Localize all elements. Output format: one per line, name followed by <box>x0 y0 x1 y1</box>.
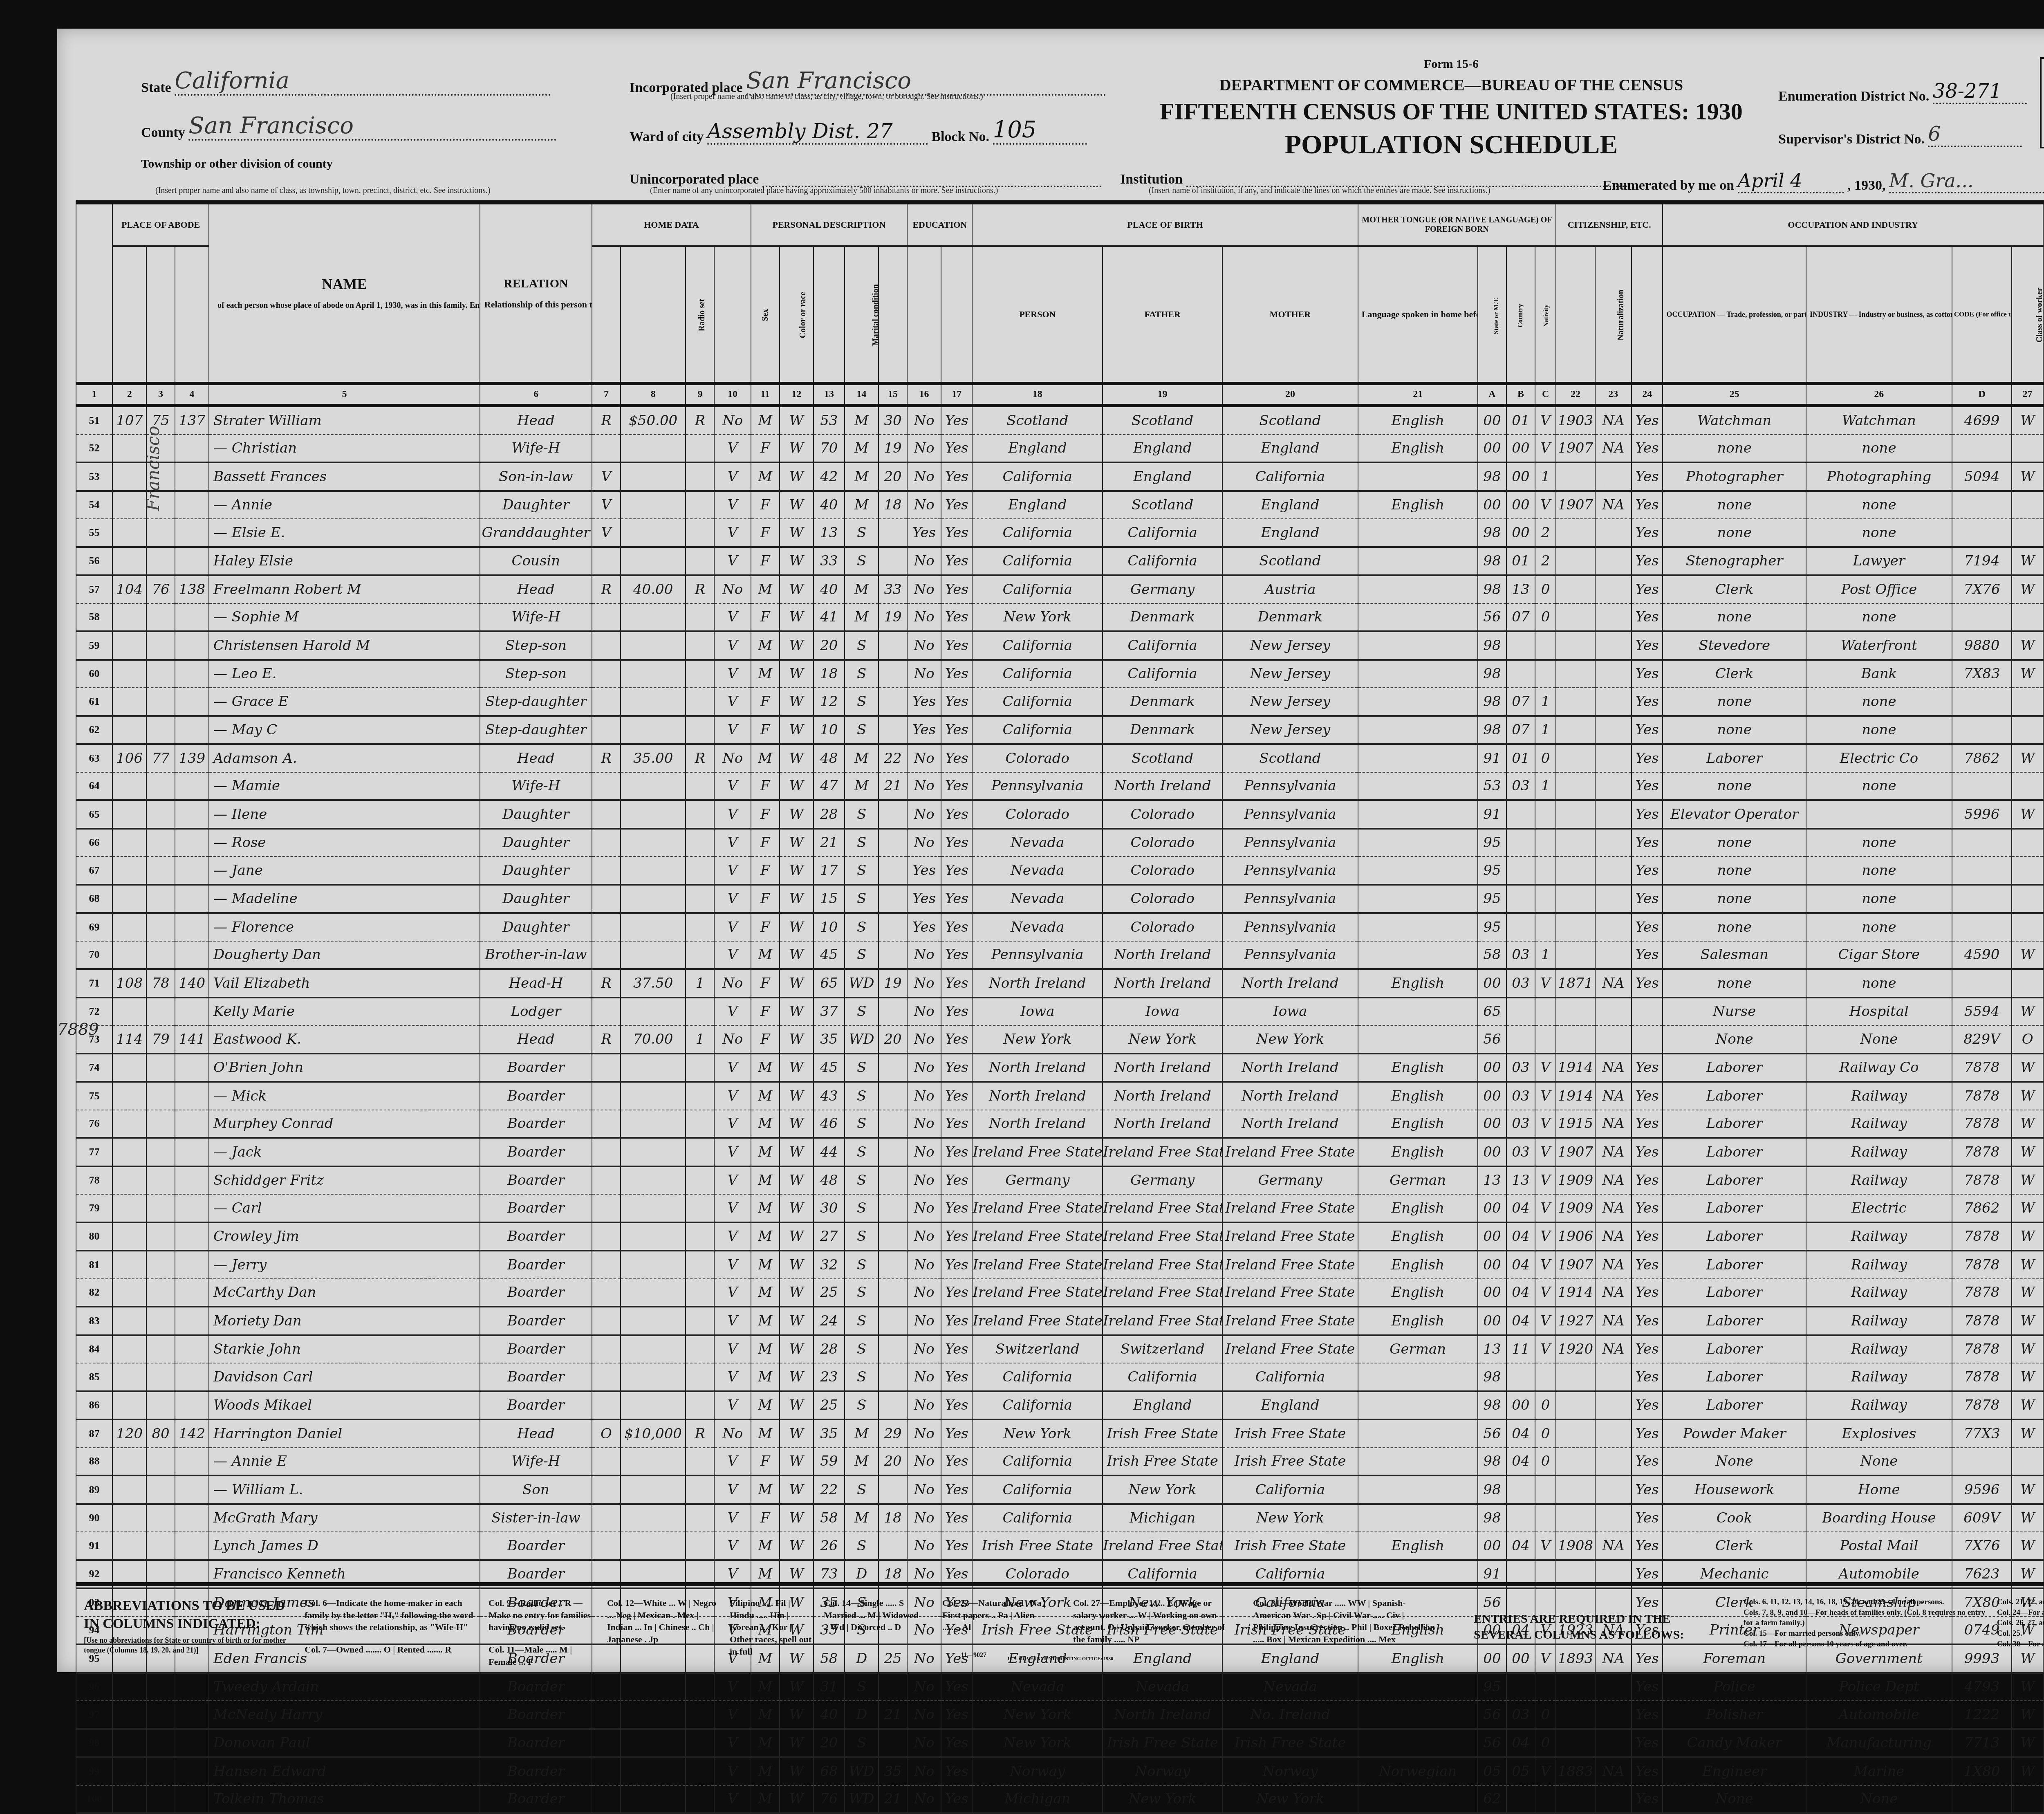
cell-age-marriage <box>879 1279 907 1307</box>
census-title: FIFTEENTH CENSUS OF THE UNITED STATES: 1… <box>1104 98 1799 125</box>
cell-code-a: 00 <box>1478 1194 1506 1222</box>
cell-industry: Railway <box>1806 1222 1952 1251</box>
cell-relation: Boarder <box>480 1307 592 1335</box>
cell-dwelling <box>146 631 175 660</box>
cell-house <box>112 519 146 547</box>
cell-race: W <box>780 1363 814 1391</box>
cell-class: W <box>2012 1335 2043 1363</box>
cell-family <box>175 1251 209 1279</box>
cell-occupation: Laborer <box>1663 744 1806 772</box>
cell-radio <box>686 941 714 969</box>
cell-industry: Hospital <box>1806 998 1952 1026</box>
cell-code-d <box>1952 829 2012 857</box>
cell-code-a: 13 <box>1478 1335 1506 1363</box>
cell-naturalization <box>1595 462 1632 491</box>
cell-name: Kelly Marie <box>209 998 480 1026</box>
cell-name: — Elsie E. <box>209 519 480 547</box>
cell-house <box>112 1363 146 1391</box>
cell-occupation: Laborer <box>1663 1082 1806 1110</box>
group-occupation-industry: OCCUPATION AND INDUSTRY <box>1663 204 2043 246</box>
cell-race: W <box>780 1419 814 1448</box>
cell-marital: M <box>845 603 879 632</box>
cell-industry: Railway <box>1806 1307 1952 1335</box>
cell-value <box>621 829 686 857</box>
cell-birth-mother: New Jersey <box>1222 631 1358 660</box>
cell-code-d: 5094 <box>1952 462 2012 491</box>
cell-family <box>175 800 209 829</box>
cell-name: Woods Mikael <box>209 1391 480 1420</box>
cell-radio <box>686 1251 714 1279</box>
cell-house <box>112 491 146 519</box>
cell-owned <box>592 1335 621 1363</box>
cell-occupation: Laborer <box>1663 1279 1806 1307</box>
cell-farm: V <box>714 660 751 688</box>
cell-school: Yes <box>907 519 941 547</box>
cell-code-b: 11 <box>1506 1335 1535 1363</box>
column-number: 4 <box>175 383 209 406</box>
cell-marital: S <box>845 1532 879 1560</box>
cell-school: No <box>907 435 941 463</box>
cell-farm: V <box>714 491 751 519</box>
cell-code-a: 56 <box>1478 1025 1506 1054</box>
cell-relation: Boarder <box>480 1054 592 1082</box>
cell-sex: F <box>751 998 780 1026</box>
cell-family <box>175 435 209 463</box>
cell-value <box>621 688 686 716</box>
cell-house: 108 <box>112 969 146 998</box>
cell-dwelling <box>146 1475 175 1504</box>
cell-name: — Mick <box>209 1082 480 1110</box>
cell-relation: Boarder <box>480 1391 592 1420</box>
cell-marital: S <box>845 1475 879 1504</box>
cell-value <box>621 1335 686 1363</box>
cell-occupation: Stenographer <box>1663 547 1806 576</box>
cell-dwelling: 75 <box>146 406 175 435</box>
cell-age: 45 <box>814 1054 845 1082</box>
cell-birth-mother: England <box>1222 519 1358 547</box>
cell-code-b: 04 <box>1506 1307 1535 1335</box>
cell-name: Murphey Conrad <box>209 1110 480 1138</box>
cell-class: W <box>2012 1110 2043 1138</box>
cell-code-d: 5996 <box>1952 800 2012 829</box>
cell-language <box>1358 913 1478 941</box>
cell-age-marriage <box>879 1475 907 1504</box>
cell-industry: none <box>1806 885 1952 913</box>
incorporated-field: Incorporated place San Francisco <box>630 67 1106 96</box>
cell-code-a: 98 <box>1478 631 1506 660</box>
cell-birth-father: North Ireland <box>1103 941 1222 969</box>
cell-family <box>175 1701 209 1706</box>
cell-code-d <box>1952 885 2012 913</box>
cell-code-c: 0 <box>1535 1448 1556 1476</box>
cell-age-marriage <box>879 829 907 857</box>
cell-english: Yes <box>1632 969 1663 998</box>
cell-marital: S <box>845 913 879 941</box>
cell-owned <box>592 603 621 632</box>
cell-age: 27 <box>814 1222 845 1251</box>
cell-code-c <box>1535 829 1556 857</box>
cell-read: Yes <box>941 1110 972 1138</box>
cell-naturalization: NA <box>1595 1194 1632 1222</box>
cell-age: 25 <box>814 1279 845 1307</box>
cell-farm: No <box>714 1025 751 1054</box>
cell-house <box>112 1475 146 1504</box>
cell-age: 37 <box>814 998 845 1026</box>
cell-value: 37.50 <box>621 969 686 998</box>
cell-owned <box>592 1138 621 1166</box>
table-row: 5710476138Freelmann Robert MHeadR40.00RN… <box>76 575 2044 603</box>
cell-industry: Railway <box>1806 1279 1952 1307</box>
abbreviations-footer: ABBREVIATIONS TO BE USED IN COLUMNS INDI… <box>76 1582 2044 1668</box>
cell-school: No <box>907 998 941 1026</box>
cell-school: No <box>907 1054 941 1082</box>
cell-naturalization: NA <box>1595 1222 1632 1251</box>
cell-sex: M <box>751 1419 780 1448</box>
cell-birth-father: Ireland Free State <box>1103 1251 1222 1279</box>
cell-sex: M <box>751 1335 780 1363</box>
cell-birth-father: Denmark <box>1103 688 1222 716</box>
col-4-family-number: Number of family in order of visitation <box>175 246 209 383</box>
cell-age: 26 <box>814 1532 845 1560</box>
cell-industry: None <box>1806 1025 1952 1054</box>
cell-age-marriage <box>879 1391 907 1420</box>
cell-school: No <box>907 1222 941 1251</box>
cell-sex: M <box>751 660 780 688</box>
cell-sex: M <box>751 1363 780 1391</box>
cell-line: 64 <box>76 772 112 800</box>
cell-owned: R <box>592 406 621 435</box>
cell-age: 59 <box>814 1448 845 1476</box>
cell-sex: F <box>751 969 780 998</box>
cell-class: W <box>2012 406 2043 435</box>
cell-age-marriage: 20 <box>879 1448 907 1476</box>
cell-farm: V <box>714 1222 751 1251</box>
table-row: 67— JaneDaughterVFW17SYesYesNevadaColora… <box>76 857 2044 885</box>
cell-marital: S <box>845 800 879 829</box>
cell-code-c: 1 <box>1535 772 1556 800</box>
cell-english: Yes <box>1632 913 1663 941</box>
cell-birth-father: Michigan <box>1103 1504 1222 1532</box>
cell-sex: F <box>751 772 780 800</box>
cell-code-d: 7194 <box>1952 547 2012 576</box>
cell-owned <box>592 829 621 857</box>
cell-immigration: 1906 <box>1556 1222 1595 1251</box>
cell-immigration <box>1556 1363 1595 1391</box>
cell-immigration <box>1556 998 1595 1026</box>
cell-name: — Rose <box>209 829 480 857</box>
cell-relation: Head-H <box>480 969 592 998</box>
cell-code-d: 4793 <box>1952 1673 2012 1701</box>
table-row: 52— ChristianWife-HVFW70M19NoYesEnglandE… <box>76 435 2044 463</box>
cell-radio <box>686 913 714 941</box>
cell-code-a: 00 <box>1478 969 1506 998</box>
cell-immigration <box>1556 716 1595 744</box>
cell-birth-father: Colorado <box>1103 829 1222 857</box>
cell-naturalization <box>1595 1701 1632 1706</box>
cell-race: W <box>780 1138 814 1166</box>
cell-family <box>175 1054 209 1082</box>
cell-language <box>1358 688 1478 716</box>
cell-relation: Brother-in-law <box>480 941 592 969</box>
cell-birth-person: Pennsylvania <box>972 941 1103 969</box>
cell-name: — Annie <box>209 491 480 519</box>
cell-code-d <box>1952 857 2012 885</box>
cell-line: 72 <box>76 998 112 1026</box>
cell-school: No <box>907 660 941 688</box>
cell-code-b <box>1506 998 1535 1026</box>
cell-class: W <box>2012 462 2043 491</box>
table-row: 96Tweedy ArdainBoarderVMW31SNoYesNevadaN… <box>76 1673 2044 1701</box>
cell-english: Yes <box>1632 1532 1663 1560</box>
cell-family <box>175 1504 209 1532</box>
column-number: 7 <box>592 383 621 406</box>
cell-family <box>175 998 209 1026</box>
cell-age: 17 <box>814 857 845 885</box>
cell-immigration <box>1556 857 1595 885</box>
cell-language: English <box>1358 1110 1478 1138</box>
cell-age: 46 <box>814 1110 845 1138</box>
cell-name: Bassett Frances <box>209 462 480 491</box>
cell-class <box>2012 885 2043 913</box>
table-row: 58— Sophie MWife-HVFW41M19NoYesNew YorkD… <box>76 603 2044 632</box>
cell-immigration <box>1556 913 1595 941</box>
cell-owned <box>592 1222 621 1251</box>
cell-birth-father: Ireland Free State <box>1103 1194 1222 1222</box>
cell-occupation: none <box>1663 716 1806 744</box>
cell-value <box>621 800 686 829</box>
cell-industry: Railway Co <box>1806 1054 1952 1082</box>
cell-read: Yes <box>941 1335 972 1363</box>
cell-code-c: V <box>1535 1279 1556 1307</box>
cell-farm: V <box>714 913 751 941</box>
cell-naturalization <box>1595 1025 1632 1054</box>
cell-read: Yes <box>941 1251 972 1279</box>
cell-code-b <box>1506 800 1535 829</box>
col-c-nativity-code: Nativity <box>1535 246 1556 383</box>
column-number: 24 <box>1632 383 1663 406</box>
cell-occupation: none <box>1663 519 1806 547</box>
cell-immigration: 1909 <box>1556 1194 1595 1222</box>
cell-radio <box>686 1673 714 1701</box>
cell-sex: M <box>751 1222 780 1251</box>
cell-english: Yes <box>1632 1335 1663 1363</box>
cell-line: 96 <box>76 1673 112 1701</box>
cell-age: 33 <box>814 547 845 576</box>
cell-owned <box>592 660 621 688</box>
cell-class: W <box>2012 660 2043 688</box>
cell-line: 81 <box>76 1251 112 1279</box>
col-2-house-number: House number (in cities or towns) <box>112 246 146 383</box>
cell-name: O'Brien John <box>209 1054 480 1082</box>
cell-english: Yes <box>1632 575 1663 603</box>
cell-birth-father: California <box>1103 547 1222 576</box>
cell-age: 21 <box>814 829 845 857</box>
cell-dwelling <box>146 1110 175 1138</box>
cell-age: 30 <box>814 1194 845 1222</box>
cell-sex: M <box>751 1166 780 1195</box>
cell-age: 32 <box>814 1251 845 1279</box>
cell-house <box>112 941 146 969</box>
cell-sex: F <box>751 547 780 576</box>
cell-naturalization <box>1595 716 1632 744</box>
cell-class: W <box>2012 998 2043 1026</box>
cell-code-d: 9596 <box>1952 1475 2012 1504</box>
cell-relation: Boarder <box>480 1138 592 1166</box>
cell-code-a: 98 <box>1478 1363 1506 1391</box>
cell-line: 84 <box>76 1335 112 1363</box>
cell-read: Yes <box>941 1279 972 1307</box>
cell-code-d: 7878 <box>1952 1054 2012 1082</box>
department-title: DEPARTMENT OF COMMERCE—BUREAU OF THE CEN… <box>1104 75 1799 94</box>
cell-house <box>112 998 146 1026</box>
cell-occupation: Laborer <box>1663 1391 1806 1420</box>
cell-code-c: V <box>1535 1335 1556 1363</box>
cell-owned <box>592 1279 621 1307</box>
cell-marital: M <box>845 772 879 800</box>
cell-line: 58 <box>76 603 112 632</box>
cell-line: 86 <box>76 1391 112 1420</box>
cell-school: No <box>907 829 941 857</box>
cell-age-marriage: 19 <box>879 969 907 998</box>
cell-marital: S <box>845 1082 879 1110</box>
cell-dwelling <box>146 1194 175 1222</box>
cell-family <box>175 547 209 576</box>
township-label: Township or other division of county <box>141 157 333 170</box>
cell-read: Yes <box>941 575 972 603</box>
cell-line: 78 <box>76 1166 112 1195</box>
cell-name: — Madeline <box>209 885 480 913</box>
cell-language <box>1358 1025 1478 1054</box>
column-number: 23 <box>1595 383 1632 406</box>
cell-marital: D <box>845 1701 879 1706</box>
cell-relation: Boarder <box>480 1251 592 1279</box>
cell-line: 69 <box>76 913 112 941</box>
cell-class <box>2012 857 2043 885</box>
cell-farm: V <box>714 885 751 913</box>
cell-age: 40 <box>814 1701 845 1706</box>
cell-code-a: 56 <box>1478 603 1506 632</box>
cell-birth-mother: New York <box>1222 1025 1358 1054</box>
cell-code-c: 1 <box>1535 688 1556 716</box>
cell-birth-person: California <box>972 547 1103 576</box>
cell-owned <box>592 688 621 716</box>
cell-code-a: 98 <box>1478 462 1506 491</box>
ward-field: Ward of city Assembly Dist. 27 Block No.… <box>630 117 1087 145</box>
cell-family: 141 <box>175 1025 209 1054</box>
cell-industry: Post Office <box>1806 575 1952 603</box>
cell-english: Yes <box>1632 1363 1663 1391</box>
cell-value <box>621 1082 686 1110</box>
cell-immigration: 1907 <box>1556 435 1595 463</box>
cell-birth-mother: Ireland Free State <box>1222 1279 1358 1307</box>
cell-code-c <box>1535 1475 1556 1504</box>
cell-age: 15 <box>814 885 845 913</box>
cell-english: Yes <box>1632 800 1663 829</box>
cell-line: 60 <box>76 660 112 688</box>
cell-farm: V <box>714 547 751 576</box>
cell-relation: Step-son <box>480 631 592 660</box>
cell-industry: Railway <box>1806 1166 1952 1195</box>
cell-value <box>621 716 686 744</box>
cell-code-b: 00 <box>1506 1391 1535 1420</box>
cell-farm: V <box>714 1448 751 1476</box>
cell-name: — Christian <box>209 435 480 463</box>
cell-house <box>112 716 146 744</box>
cell-code-c <box>1535 998 1556 1026</box>
cell-language <box>1358 998 1478 1026</box>
cell-english: Yes <box>1632 631 1663 660</box>
cell-birth-person: Nevada <box>972 913 1103 941</box>
cell-marital: M <box>845 1504 879 1532</box>
cell-age-marriage <box>879 688 907 716</box>
table-row: 7311479141Eastwood K.HeadR70.001NoFW35WD… <box>76 1025 2044 1054</box>
cell-code-d: 5594 <box>1952 998 2012 1026</box>
cell-name: — Jane <box>209 857 480 885</box>
cell-age: 23 <box>814 1363 845 1391</box>
abbr-col6: Col. 6—Indicate the home-maker in each f… <box>305 1597 476 1633</box>
cell-relation: Boarder <box>480 1673 592 1701</box>
group-place-of-abode: PLACE OF ABODE <box>112 204 209 246</box>
cell-family <box>175 1166 209 1195</box>
cell-dwelling <box>146 941 175 969</box>
cell-radio: 1 <box>686 969 714 998</box>
col-d-code: CODE (For office use only. Do not write … <box>1952 246 2012 383</box>
cell-owned <box>592 1251 621 1279</box>
cell-name: Christensen Harold M <box>209 631 480 660</box>
cell-code-b: 00 <box>1506 462 1535 491</box>
cell-race: W <box>780 1448 814 1476</box>
cell-code-b: 07 <box>1506 688 1535 716</box>
cell-code-c <box>1535 1363 1556 1391</box>
cell-code-b: 03 <box>1506 1082 1535 1110</box>
cell-industry: Electric <box>1806 1194 1952 1222</box>
cell-industry: Home <box>1806 1475 1952 1504</box>
cell-code-d: 7878 <box>1952 1166 2012 1195</box>
cell-sex: M <box>751 1082 780 1110</box>
cell-birth-person: California <box>972 462 1103 491</box>
block-value: 105 <box>993 117 1037 143</box>
cell-industry: none <box>1806 829 1952 857</box>
table-row: 68— MadelineDaughterVFW15SYesYesNevadaCo… <box>76 885 2044 913</box>
cell-sex: M <box>751 1194 780 1222</box>
cell-dwelling <box>146 1138 175 1166</box>
cell-age-marriage <box>879 716 907 744</box>
cell-radio <box>686 1138 714 1166</box>
cell-family <box>175 1673 209 1701</box>
cell-owned: R <box>592 575 621 603</box>
sheet-label: Sheet No. <box>2042 71 2044 87</box>
cell-immigration: 1914 <box>1556 1082 1595 1110</box>
cell-occupation: Laborer <box>1663 1054 1806 1082</box>
cell-birth-father: North Ireland <box>1103 1110 1222 1138</box>
cell-house <box>112 1054 146 1082</box>
column-number: 2 <box>112 383 146 406</box>
cell-dwelling <box>146 1307 175 1335</box>
ward-label: Ward of city <box>630 129 704 144</box>
cell-house <box>112 688 146 716</box>
cell-value <box>621 1194 686 1222</box>
cell-radio <box>686 800 714 829</box>
cell-occupation: none <box>1663 688 1806 716</box>
cell-value <box>621 772 686 800</box>
cell-school: No <box>907 1110 941 1138</box>
cell-house <box>112 857 146 885</box>
cell-sex: F <box>751 857 780 885</box>
cell-marital: S <box>845 519 879 547</box>
cell-dwelling: 78 <box>146 969 175 998</box>
cell-english: Yes <box>1632 1701 1663 1706</box>
cell-language <box>1358 660 1478 688</box>
